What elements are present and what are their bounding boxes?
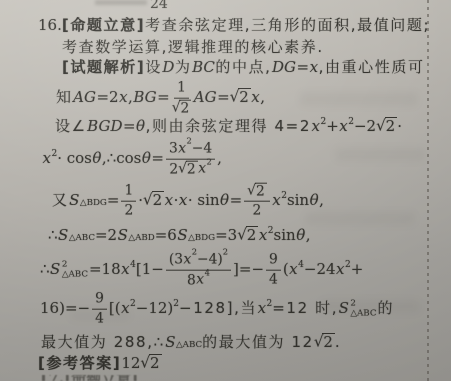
solution-line-8: ∴S△ABC=2S△ABD=6S△BDG=3√2x2 sin θ,: [48, 225, 311, 245]
cut-off-text-smudge: [95, 0, 147, 5]
solution-line-5: 设∠BGD=θ,则由余弦定理得 4=2x2+x2−2√2 ·: [55, 116, 402, 136]
previous-answer-fragment: 24: [150, 0, 168, 11]
scanned-answer-page: 24 16.[命题立意]考查余弦定理,三角形的面积,最值问题; 考查数学运算,逻…: [0, 0, 451, 381]
solution-line-11: 最大值为 288,∴S△ABC 的最大值为 12√2.: [41, 332, 340, 352]
bleedthrough-smudge: [335, 148, 425, 161]
solution-line-1: 16.[命题立意]考查余弦定理,三角形的面积,最值问题;: [38, 15, 430, 35]
perforation-dotted-line: [427, 0, 429, 381]
solution-line-4: 知 AG=2x,BG=1√2 AG=√2x,: [56, 78, 265, 116]
solution-line-2: 考查数学运算,逻辑推理的核心素养.: [62, 37, 324, 57]
bleedthrough-smudge: [305, 212, 415, 225]
bleedthrough-smudge: [70, 310, 130, 320]
next-problem-fragment: 17.[命题立意]: [38, 375, 138, 381]
bleedthrough-smudge: [320, 300, 420, 313]
solution-line-12: [参考答案]12√2: [38, 353, 162, 373]
bleedthrough-smudge: [300, 92, 418, 106]
solution-line-7: 又 S△BDG=12 · √2x · x · sin θ=√22x2 sin θ…: [52, 181, 324, 219]
solution-line-3: [试题解析]设 D 为 BC 的中点,DG=x,由重心性质可: [62, 57, 425, 77]
solution-line-9: ∴S2△ABC=18x4[1−(3x2−4)28x4]=−94(x4−24x2+: [40, 250, 363, 288]
solution-line-6: x2 · cos θ,∴cos θ=3x2−42√2x2,: [42, 139, 222, 177]
